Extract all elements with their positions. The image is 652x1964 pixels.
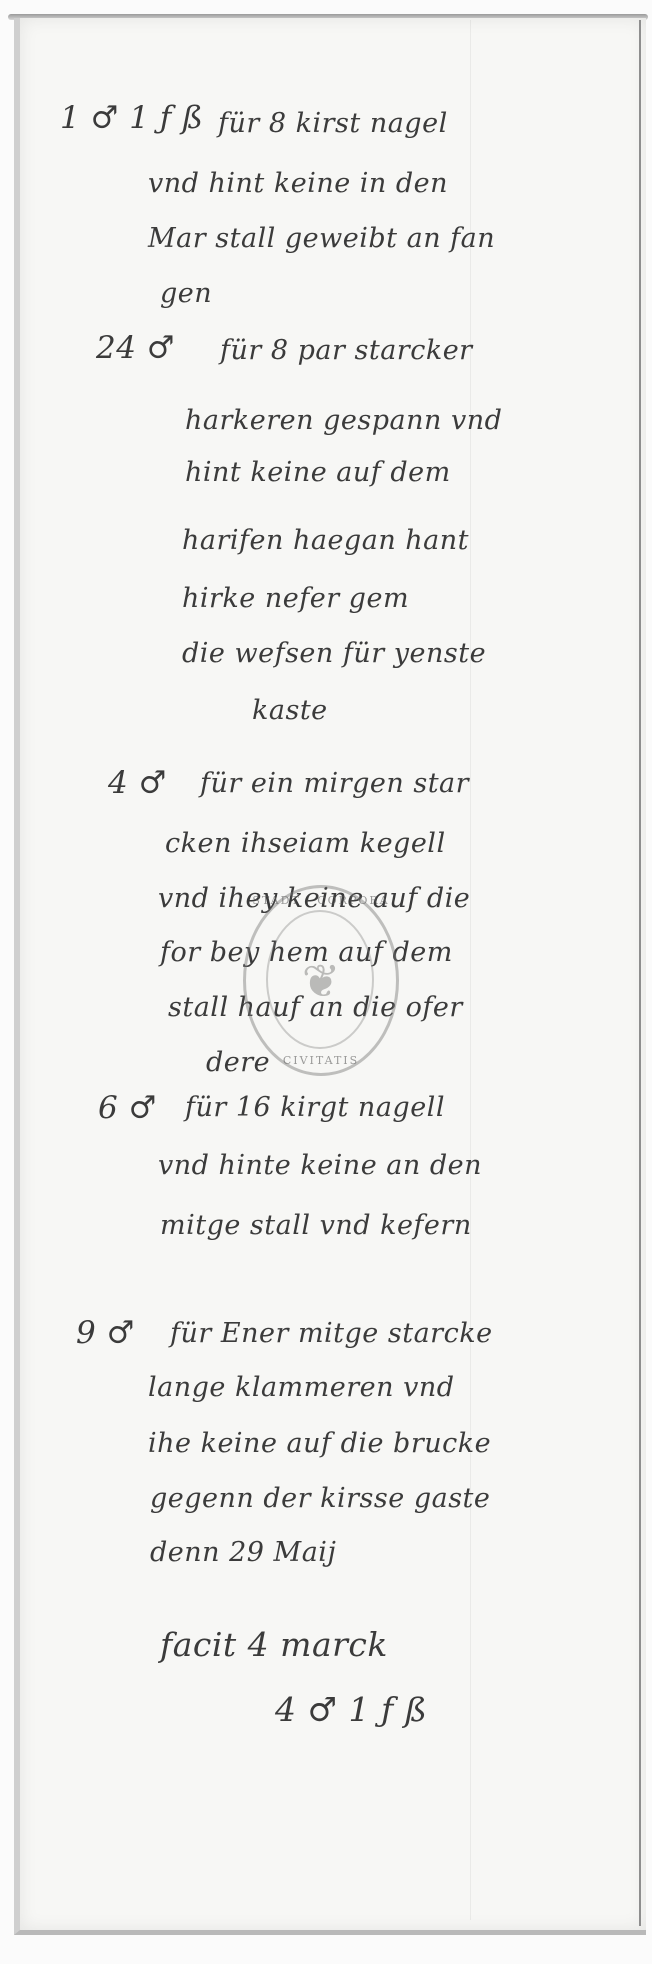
entry-1-line-1: für 8 kirst nagel <box>218 108 448 139</box>
entry-1-line-4: gen <box>160 278 212 309</box>
entry-3-line-2: cken ihseiam kegell <box>165 828 446 859</box>
total-line-1: facit 4 marck <box>160 1625 388 1664</box>
entry-4-line-2: vnd hinte keine an den <box>158 1150 482 1181</box>
entry-5-line-2: lange klammeren vnd <box>148 1372 455 1403</box>
entry-2-line-4: harifen haegan hant <box>182 525 469 556</box>
entry-5-line-3: ihe keine auf die brucke <box>148 1428 491 1459</box>
entry-3-amount: 4 ♂ <box>108 765 167 801</box>
entry-5-line-5: denn 29 Maij <box>150 1537 336 1568</box>
entry-2-line-1: für 8 par starcker <box>220 335 473 366</box>
entry-4-amount: 6 ♂ <box>98 1090 157 1126</box>
entry-2-line-3: hint keine auf dem <box>185 457 451 488</box>
total-line-2: 4 ♂ 1 ƒ ß <box>275 1690 427 1729</box>
entry-2-line-2: harkeren gespann vnd <box>185 405 502 436</box>
entry-1-line-2: vnd hint keine in den <box>148 168 448 199</box>
entry-2-line-6: die wefsen für yenste <box>182 638 486 669</box>
entry-2-line-7: kaste <box>252 695 328 726</box>
paper-fold <box>470 20 471 1920</box>
entry-1-line-3: Mar stall geweibt an fan <box>148 223 495 254</box>
page-right-edge <box>639 20 641 1926</box>
entry-5-line-1: für Ener mitge starcke <box>170 1318 493 1349</box>
entry-1-amount: 1 ♂ 1 ƒ ß <box>60 100 203 136</box>
entry-5-line-4: gegenn der kirsse gaste <box>150 1483 490 1514</box>
seal-text-top: STADT · CORPORA <box>246 894 396 907</box>
entry-2-line-5: hirke nefer gem <box>182 583 409 614</box>
entry-4-line-3: mitge stall vnd kefern <box>160 1210 472 1241</box>
entry-4-line-1: für 16 kirgt nagell <box>185 1092 445 1123</box>
entry-5-amount: 9 ♂ <box>76 1315 135 1351</box>
entry-3-line-1: für ein mirgen star <box>200 768 469 799</box>
seal-lion-emblem-icon: ❦ <box>302 954 341 1008</box>
entry-2-amount: 24 ♂ <box>96 330 175 366</box>
seal-text-bottom: CIVITATIS <box>246 1054 396 1067</box>
archive-seal-stamp: STADT · CORPORA ❦ CIVITATIS <box>243 885 399 1076</box>
scanned-page: 1 ♂ 1 ƒ ß für 8 kirst nagel vnd hint kei… <box>0 0 652 1964</box>
